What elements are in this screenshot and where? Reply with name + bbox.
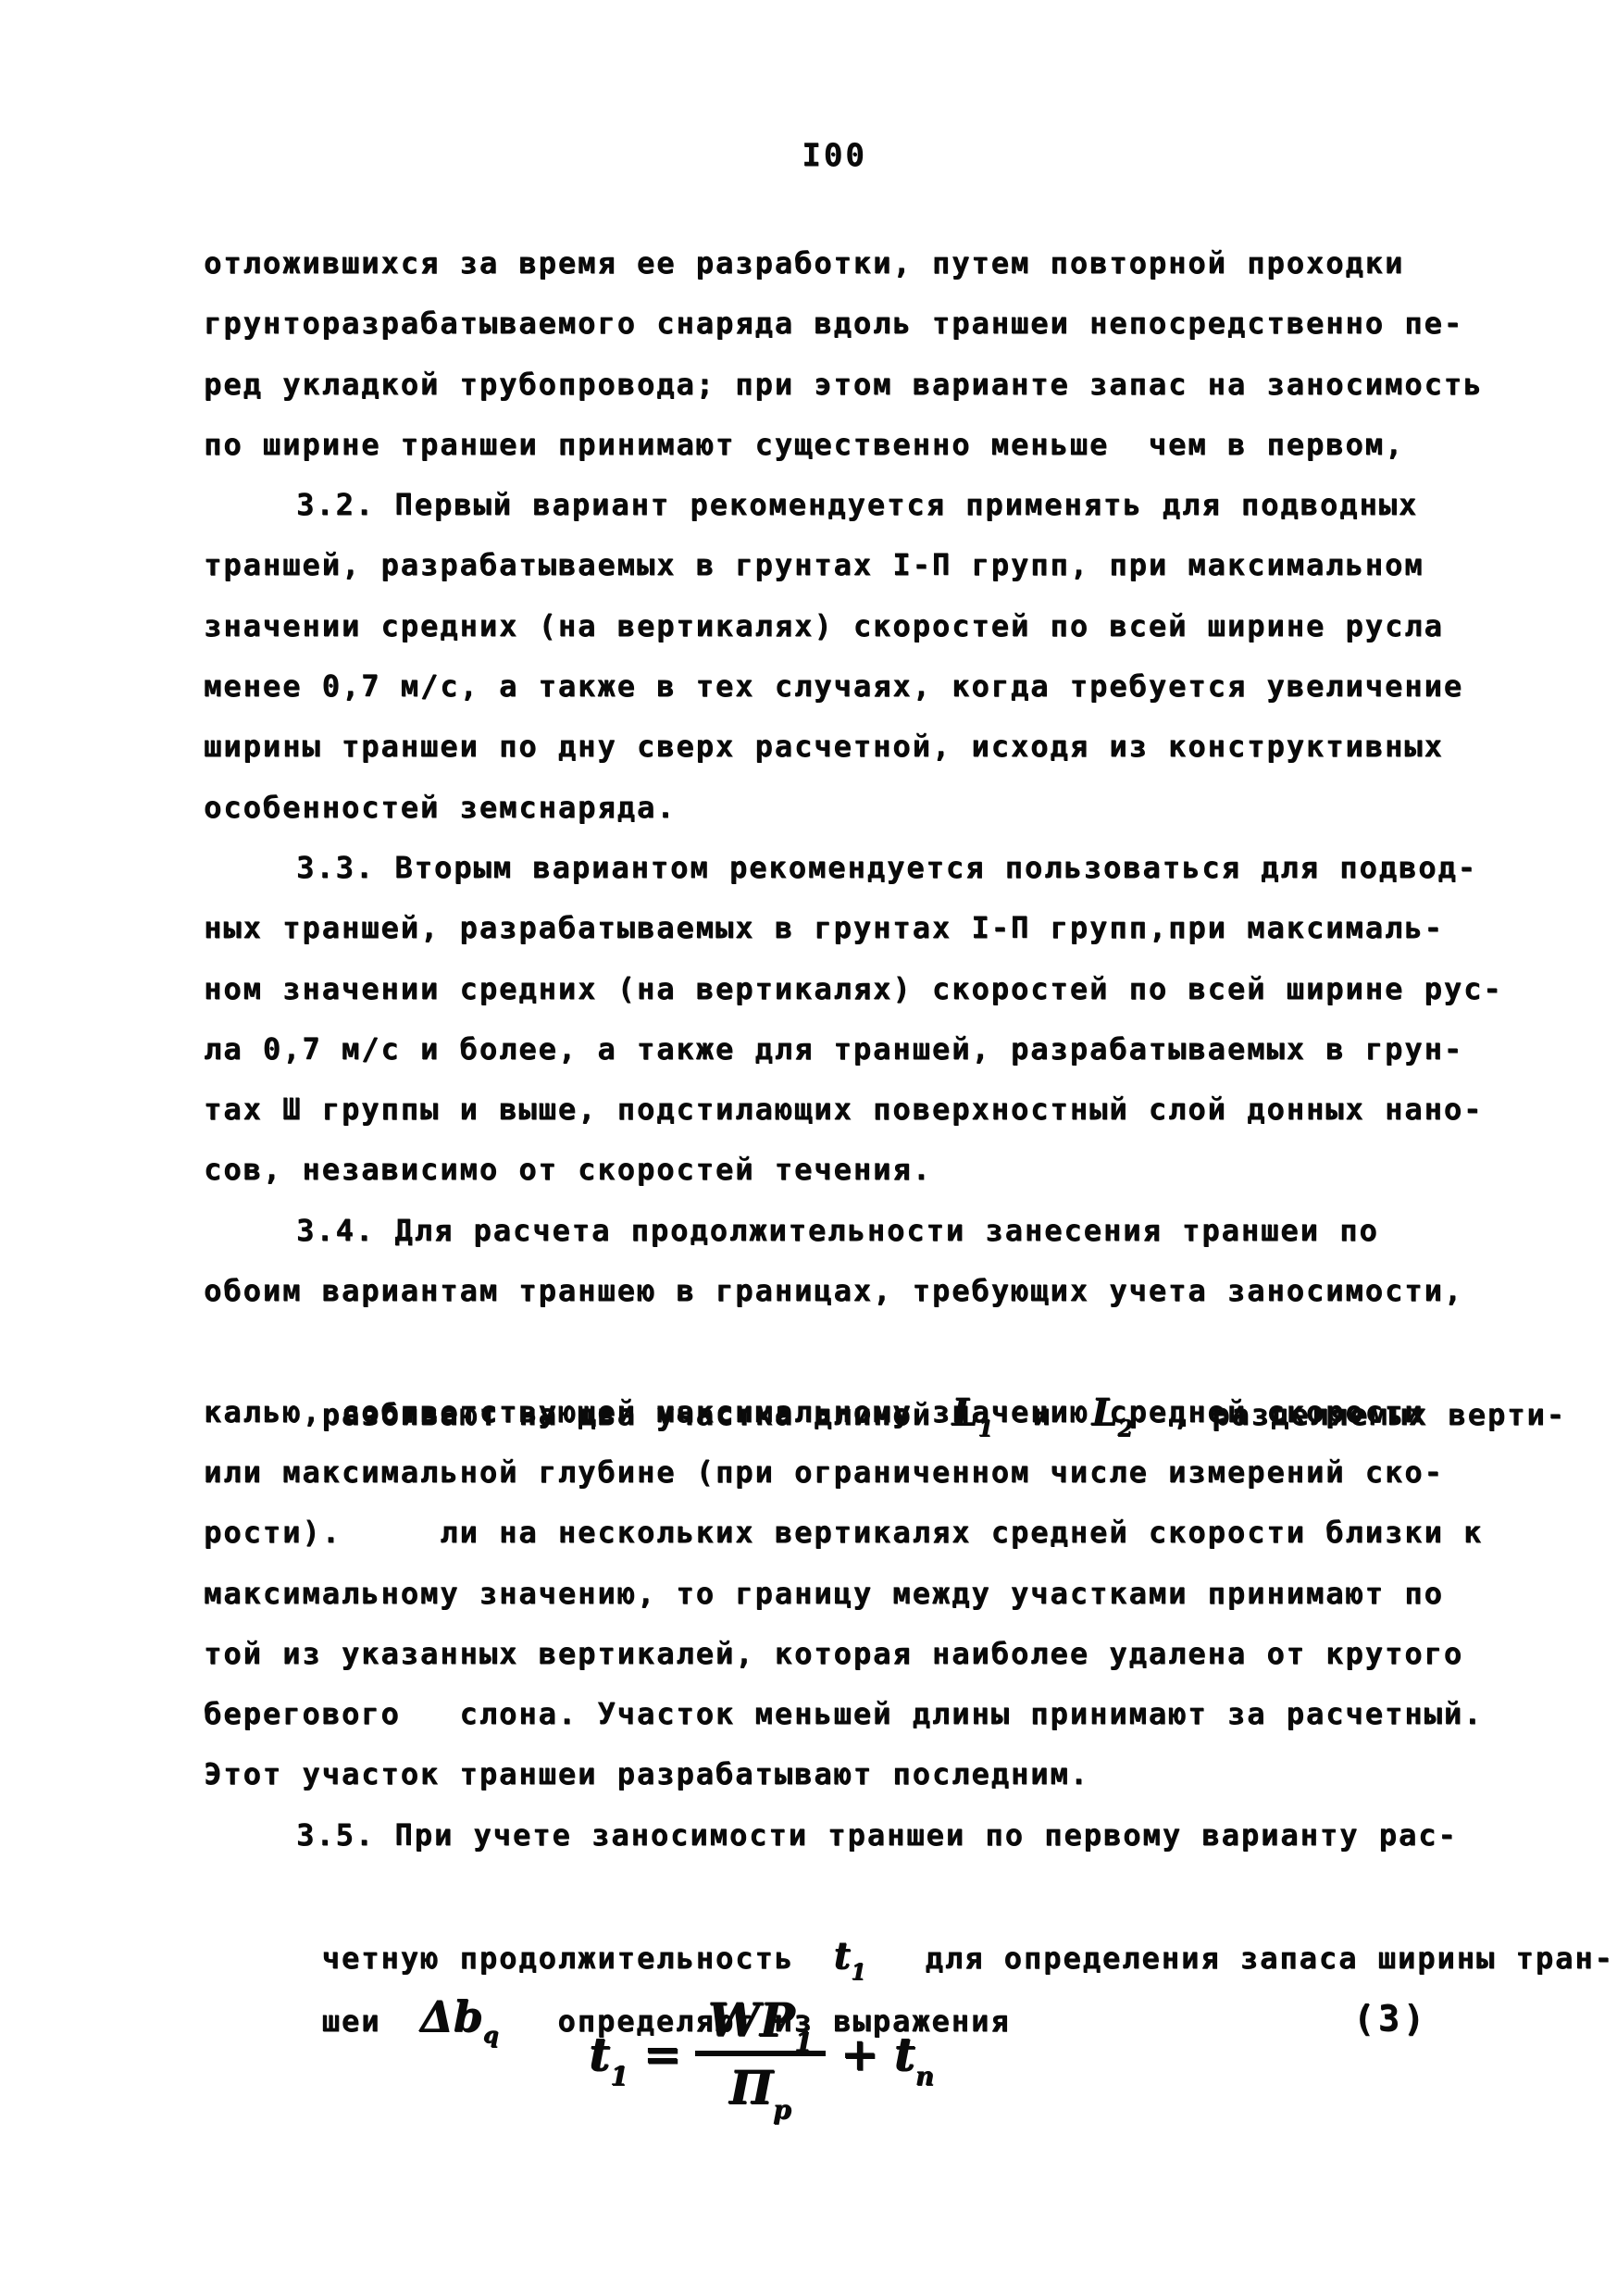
equation-number: (3)	[1353, 1998, 1428, 2039]
text-line: менее 0,7 м/с, а также в тех случаях, ко…	[204, 656, 1536, 717]
text-line: обоим вариантам траншею в границах, треб…	[204, 1261, 1536, 1321]
page-number: I00	[26, 137, 1617, 174]
text-line: калью, соответствующей максимальному зна…	[204, 1382, 1536, 1442]
text-line-section-3-3: 3.3. Вторым вариантом рекомендуется поль…	[204, 838, 1536, 898]
text-line: особенностей земснаряда.	[204, 778, 1536, 838]
text-line: значении средних (на вертикалях) скорост…	[204, 596, 1536, 656]
scanned-document-page: I00 отложившихся за время ее разработки,…	[0, 0, 1617, 2296]
document-body: отложившихся за время ее разработки, пут…	[204, 233, 1536, 1987]
text-line-section-3-5: 3.5. При учете заносимости траншеи по пе…	[204, 1805, 1536, 1865]
plus-sign: +	[840, 2027, 879, 2081]
fraction-numerator: WP1	[695, 1992, 826, 2056]
equation-lhs: t1	[589, 2027, 628, 2081]
text-line: берегового слона. Участок меньшей длины …	[204, 1684, 1536, 1744]
equation-rhs-term: tп	[894, 2027, 934, 2081]
text-line: ных траншей, разрабатываемых в грунтах I…	[204, 898, 1536, 958]
text-line: ширины траншеи по дну сверх расчетной, и…	[204, 717, 1536, 777]
text-line: сов, независимо от скоростей течения.	[204, 1140, 1536, 1200]
text-line-with-math: четную продолжительность t1 для определе…	[204, 1865, 1536, 1926]
text-line: ред укладкой трубопровода; при этом вари…	[204, 355, 1536, 415]
text-segment: шеи	[322, 2003, 420, 2039]
text-segment: четную продолжительность	[322, 1940, 834, 1976]
text-line: или максимальной глубине (при ограниченн…	[204, 1442, 1536, 1503]
math-symbol-delta-b: Δbq	[420, 1991, 499, 2041]
text-line: Этот участок траншеи разрабатывают после…	[204, 1744, 1536, 1804]
equation-3: t1 = WP1 Пр + tп	[589, 1992, 934, 2115]
text-line: отложившихся за время ее разработки, пут…	[204, 233, 1536, 293]
math-symbol-t1: t1	[834, 1934, 866, 1978]
text-line: по ширине траншеи принимают существенно …	[204, 415, 1536, 475]
text-line-section-3-4: 3.4. Для расчета продолжительности занес…	[204, 1201, 1536, 1261]
text-line: максимальному значению, то границу между…	[204, 1564, 1536, 1624]
text-line: тах Ш группы и выше, подстилающих поверх…	[204, 1079, 1536, 1140]
text-line: ла 0,7 м/с и более, а также для траншей,…	[204, 1019, 1536, 1079]
text-line-section-3-2: 3.2. Первый вариант рекомендуется примен…	[204, 475, 1536, 535]
text-line: ном значении средних (на вертикалях) ско…	[204, 959, 1536, 1019]
text-line: той из указанных вертикалей, которая наи…	[204, 1624, 1536, 1684]
fraction-denominator: Пр	[729, 2056, 791, 2115]
equation-fraction: WP1 Пр	[695, 1992, 826, 2115]
text-line-with-math: разбивают на два участка длиной L1 и L2 …	[204, 1321, 1536, 1381]
equals-sign: =	[643, 2027, 680, 2081]
text-segment: для определения запаса ширины тран-	[866, 1940, 1614, 1976]
text-line: рости). ли на нескольких вертикалях сред…	[204, 1503, 1536, 1563]
text-line: грунторазрабатываемого снаряда вдоль тра…	[204, 293, 1536, 354]
text-line: траншей, разрабатываемых в грунтах I-П г…	[204, 535, 1536, 595]
